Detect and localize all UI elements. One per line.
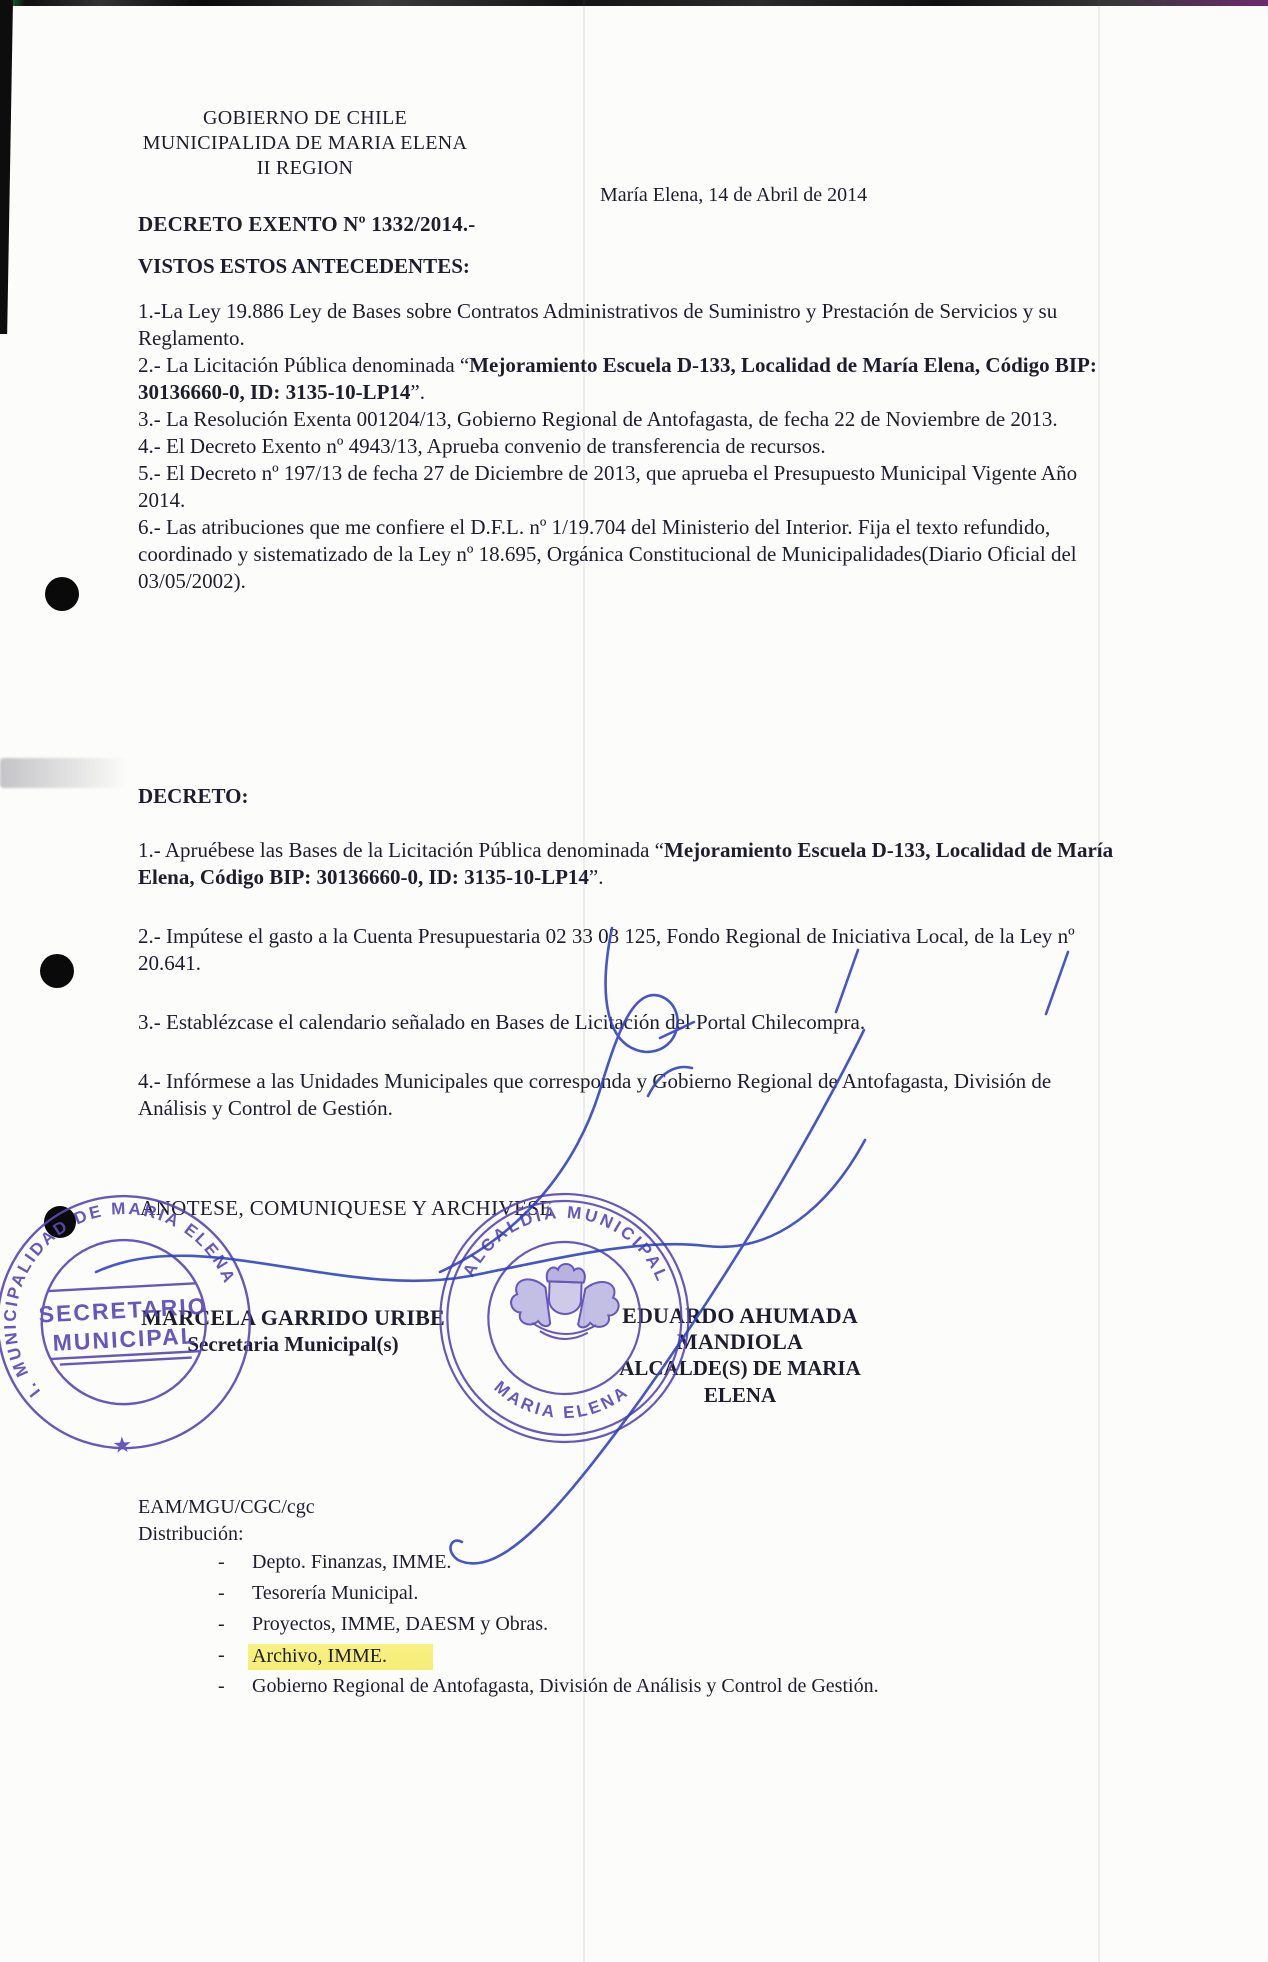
scanned-decree-page: GOBIERNO DE CHILE MUNICIPALIDA DE MARIA … bbox=[0, 0, 1268, 1962]
letterhead: GOBIERNO DE CHILE MUNICIPALIDA DE MARIA … bbox=[140, 106, 470, 181]
responsibility-initials: EAM/MGU/CGC/cgc bbox=[138, 1496, 315, 1519]
secretary-name: MARCELA GARRIDO URIBE bbox=[128, 1305, 458, 1331]
letterhead-line-3: II REGION bbox=[140, 156, 470, 181]
vistos-item: 5.- El Decreto nº 197/13 de fecha 27 de … bbox=[138, 460, 1116, 514]
decreto-list: 1.- Apruébese las Bases de la Licitación… bbox=[138, 837, 1116, 1154]
scan-artifact-left-bar bbox=[0, 0, 13, 334]
mayor-title: ALCALDE(S) DE MARIA ELENA bbox=[582, 1355, 898, 1409]
distribution-item: -Depto. Finanzas, IMME. bbox=[138, 1551, 1138, 1582]
secretary-title: Secretaria Municipal(s) bbox=[128, 1331, 458, 1358]
highlighted-text: Archivo, IMME. bbox=[248, 1644, 433, 1670]
scan-artifact-top-bar bbox=[0, 0, 1268, 6]
vistos-item: 2.- La Licitación Pública denominada “Me… bbox=[138, 352, 1116, 406]
hole-punch-dot bbox=[44, 1206, 76, 1238]
decreto-item: 2.- Impútese el gasto a la Cuenta Presup… bbox=[138, 923, 1116, 977]
letterhead-line-2: MUNICIPALIDA DE MARIA ELENA bbox=[140, 131, 470, 156]
star-icon: ★ bbox=[112, 1432, 133, 1458]
distribution-item: -Gobierno Regional de Antofagasta, Divis… bbox=[138, 1675, 1138, 1706]
hole-punch-dot bbox=[45, 577, 79, 611]
distribution-label: Distribución: bbox=[138, 1523, 244, 1546]
closing-formula: ANOTESE, COMUNIQUESE Y ARCHIVESE bbox=[140, 1196, 553, 1221]
dash-bullet: - bbox=[138, 1613, 252, 1636]
distribution-item: -Tesorería Municipal. bbox=[138, 1582, 1138, 1613]
decreto-heading: DECRETO: bbox=[138, 784, 248, 809]
distribution-item-highlighted: -Archivo, IMME. bbox=[138, 1644, 1138, 1675]
vistos-item: 4.- El Decreto Exento nº 4943/13, Aprueb… bbox=[138, 433, 1116, 460]
decreto-item: 3.- Establézcase el calendario señalado … bbox=[138, 1009, 1116, 1036]
dash-bullet: - bbox=[138, 1582, 252, 1605]
vistos-heading: VISTOS ESTOS ANTECEDENTES: bbox=[138, 254, 470, 279]
vistos-item: 3.- La Resolución Exenta 001204/13, Gobi… bbox=[138, 406, 1116, 433]
hole-punch-dot bbox=[40, 954, 74, 988]
signature-block-secretary: MARCELA GARRIDO URIBE Secretaria Municip… bbox=[128, 1305, 458, 1358]
decreto-item: 4.- Infórmese a las Unidades Municipales… bbox=[138, 1068, 1116, 1122]
dash-bullet: - bbox=[138, 1644, 252, 1667]
scan-artifact-smudge bbox=[0, 758, 128, 788]
mayor-name: EDUARDO AHUMADA MANDIOLA bbox=[582, 1303, 898, 1355]
dash-bullet: - bbox=[138, 1551, 252, 1574]
decree-number-title: DECRETO EXENTO Nº 1332/2014.- bbox=[138, 212, 476, 237]
letterhead-line-1: GOBIERNO DE CHILE bbox=[140, 106, 470, 131]
vistos-list: 1.-La Ley 19.886 Ley de Bases sobre Cont… bbox=[138, 298, 1116, 595]
distribution-item: -Proyectos, IMME, DAESM y Obras. bbox=[138, 1613, 1138, 1644]
signature-block-mayor: EDUARDO AHUMADA MANDIOLA ALCALDE(S) DE M… bbox=[582, 1303, 898, 1409]
dateline: María Elena, 14 de Abril de 2014 bbox=[600, 184, 867, 207]
dash-bullet: - bbox=[138, 1675, 252, 1698]
vistos-item: 1.-La Ley 19.886 Ley de Bases sobre Cont… bbox=[138, 298, 1116, 352]
decreto-item: 1.- Apruébese las Bases de la Licitación… bbox=[138, 837, 1116, 891]
svg-text:I. MUNICIPALIDAD DE MARIA ELEN: I. MUNICIPALIDAD DE MARIA ELENA bbox=[0, 1193, 245, 1402]
vistos-item: 6.- Las atribuciones que me confiere el … bbox=[138, 514, 1116, 595]
distribution-list: -Depto. Finanzas, IMME. -Tesorería Munic… bbox=[138, 1551, 1138, 1706]
